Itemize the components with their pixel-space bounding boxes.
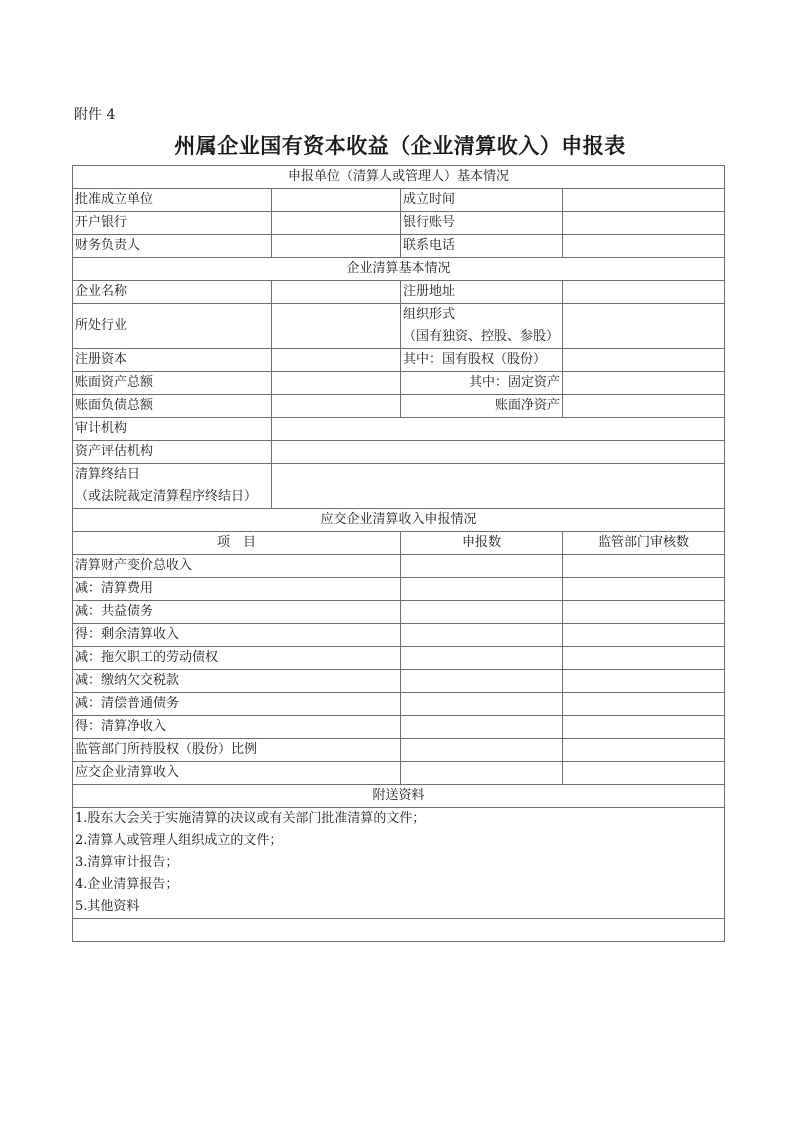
table-row: 监管部门所持股权（股份）比例 bbox=[73, 739, 725, 762]
field-label: 开户银行 bbox=[73, 212, 272, 235]
state-equity-field[interactable] bbox=[563, 349, 725, 372]
item-label: 应交企业清算收入 bbox=[73, 762, 401, 785]
table-row: 减：拖欠职工的劳动债权 bbox=[73, 647, 725, 670]
field-label: 银行账号 bbox=[401, 212, 563, 235]
list-item: 4.企业清算报告； bbox=[75, 874, 722, 896]
section-header-applicant: 申报单位（清算人或管理人）基本情况 bbox=[73, 166, 725, 189]
audit-firm-field[interactable] bbox=[272, 418, 725, 441]
item-label: 减：清偿普通债务 bbox=[73, 693, 401, 716]
form-title: 州属企业国有资本收益（企业清算收入）申报表 bbox=[0, 130, 800, 160]
establishment-date-field[interactable] bbox=[563, 189, 725, 212]
field-label-org-form: 组织形式 （国有独资、控股、参股） bbox=[401, 304, 563, 349]
table-row: 得：清算净收入 bbox=[73, 716, 725, 739]
declared-amount-field[interactable] bbox=[401, 578, 563, 601]
declared-amount-field[interactable] bbox=[401, 739, 563, 762]
bank-field[interactable] bbox=[272, 212, 401, 235]
field-label-liquidation-end: 清算终结日 （或法院裁定清算程序终结日） bbox=[73, 464, 272, 509]
declared-amount-field[interactable] bbox=[401, 601, 563, 624]
phone-field[interactable] bbox=[563, 235, 725, 258]
registered-capital-field[interactable] bbox=[272, 349, 401, 372]
field-label: 联系电话 bbox=[401, 235, 563, 258]
item-label: 得：清算净收入 bbox=[73, 716, 401, 739]
field-label: 账面净资产 bbox=[401, 395, 563, 418]
field-label: 注册地址 bbox=[401, 281, 563, 304]
field-label: 注册资本 bbox=[73, 349, 272, 372]
field-label: 企业名称 bbox=[73, 281, 272, 304]
section-header-enterprise: 企业清算基本情况 bbox=[73, 258, 725, 281]
bank-account-field[interactable] bbox=[563, 212, 725, 235]
item-label: 减：清算费用 bbox=[73, 578, 401, 601]
field-label-sub: （或法院裁定清算程序终结日） bbox=[75, 486, 269, 508]
section-header-attachments: 附送资料 bbox=[73, 785, 725, 808]
list-item: 1.股东大会关于实施清算的决议或有关部门批准清算的文件； bbox=[75, 808, 722, 830]
form-row: 批准成立单位 成立时间 bbox=[73, 189, 725, 212]
field-label: 财务负责人 bbox=[73, 235, 272, 258]
declared-amount-field[interactable] bbox=[401, 762, 563, 785]
audited-amount-field[interactable] bbox=[563, 739, 725, 762]
list-item: 5.其他资料 bbox=[75, 896, 722, 918]
item-label: 减：拖欠职工的劳动债权 bbox=[73, 647, 401, 670]
form-row: 财务负责人 联系电话 bbox=[73, 235, 725, 258]
form-row: 注册资本 其中：国有股权（股份） bbox=[73, 349, 725, 372]
column-header-audited: 监管部门审核数 bbox=[563, 532, 725, 555]
form-row: 审计机构 bbox=[73, 418, 725, 441]
audited-amount-field[interactable] bbox=[563, 670, 725, 693]
table-row: 减：清算费用 bbox=[73, 578, 725, 601]
field-label: 所处行业 bbox=[73, 304, 272, 349]
field-label: 账面资产总额 bbox=[73, 372, 272, 395]
item-label: 清算财产变价总收入 bbox=[73, 555, 401, 578]
form-row: 企业名称 注册地址 bbox=[73, 281, 725, 304]
registered-address-field[interactable] bbox=[563, 281, 725, 304]
column-header-item: 项 目 bbox=[73, 532, 401, 555]
declared-amount-field[interactable] bbox=[401, 670, 563, 693]
section-header-income: 应交企业清算收入申报情况 bbox=[73, 509, 725, 532]
list-item: 2.清算人或管理人组织成立的文件； bbox=[75, 830, 722, 852]
form-row: 开户银行 银行账号 bbox=[73, 212, 725, 235]
declared-amount-field[interactable] bbox=[401, 693, 563, 716]
table-row: 减：共益债务 bbox=[73, 601, 725, 624]
field-label-sub: （国有独资、控股、参股） bbox=[403, 326, 560, 348]
fixed-assets-field[interactable] bbox=[563, 372, 725, 395]
column-header-declared: 申报数 bbox=[401, 532, 563, 555]
table-row: 减：缴纳欠交税款 bbox=[73, 670, 725, 693]
field-label: 其中：固定资产 bbox=[401, 372, 563, 395]
item-label: 得：剩余清算收入 bbox=[73, 624, 401, 647]
form-row: 资产评估机构 bbox=[73, 441, 725, 464]
item-label: 减：缴纳欠交税款 bbox=[73, 670, 401, 693]
form-row: 所处行业 组织形式 （国有独资、控股、参股） bbox=[73, 304, 725, 349]
audited-amount-field[interactable] bbox=[563, 555, 725, 578]
field-label: 组织形式 bbox=[403, 304, 560, 326]
field-label: 资产评估机构 bbox=[73, 441, 272, 464]
enterprise-name-field[interactable] bbox=[272, 281, 401, 304]
total-liabilities-field[interactable] bbox=[272, 395, 401, 418]
form-row: 账面负债总额 账面净资产 bbox=[73, 395, 725, 418]
table-row: 减：清偿普通债务 bbox=[73, 693, 725, 716]
declared-amount-field[interactable] bbox=[401, 716, 563, 739]
liquidation-end-date-field[interactable] bbox=[272, 464, 725, 509]
approving-unit-field[interactable] bbox=[272, 189, 401, 212]
organization-form-field[interactable] bbox=[563, 304, 725, 349]
audited-amount-field[interactable] bbox=[563, 716, 725, 739]
net-assets-field[interactable] bbox=[563, 395, 725, 418]
attachment-label: 附件 4 bbox=[74, 104, 115, 124]
audited-amount-field[interactable] bbox=[563, 762, 725, 785]
audited-amount-field[interactable] bbox=[563, 647, 725, 670]
field-label: 审计机构 bbox=[73, 418, 272, 441]
field-label: 批准成立单位 bbox=[73, 189, 272, 212]
table-row: 得：剩余清算收入 bbox=[73, 624, 725, 647]
industry-field[interactable] bbox=[272, 304, 401, 349]
field-label: 账面负债总额 bbox=[73, 395, 272, 418]
representative-signature-label: 清算人或管理人代表（签章）: bbox=[75, 941, 248, 942]
income-column-headers: 项 目 申报数 监管部门审核数 bbox=[73, 532, 725, 555]
appraisal-firm-field[interactable] bbox=[272, 441, 725, 464]
item-label: 减：共益债务 bbox=[73, 601, 401, 624]
declaration-form-table: 申报单位（清算人或管理人）基本情况 批准成立单位 成立时间 开户银行 银行账号 … bbox=[72, 165, 725, 942]
form-row: 账面资产总额 其中：固定资产 bbox=[73, 372, 725, 395]
finance-officer-field[interactable] bbox=[272, 235, 401, 258]
field-label: 其中：国有股权（股份） bbox=[401, 349, 563, 372]
table-row: 应交企业清算收入 bbox=[73, 762, 725, 785]
field-label: 清算终结日 bbox=[75, 464, 269, 486]
declared-amount-field[interactable] bbox=[401, 555, 563, 578]
audited-amount-field[interactable] bbox=[563, 693, 725, 716]
field-label: 成立时间 bbox=[401, 189, 563, 212]
item-label: 监管部门所持股权（股份）比例 bbox=[73, 739, 401, 762]
table-row: 清算财产变价总收入 bbox=[73, 555, 725, 578]
attachments-list: 1.股东大会关于实施清算的决议或有关部门批准清算的文件； 2.清算人或管理人组织… bbox=[73, 808, 725, 919]
form-row: 清算终结日 （或法院裁定清算程序终结日） bbox=[73, 464, 725, 509]
declared-amount-field[interactable] bbox=[401, 624, 563, 647]
audited-amount-field[interactable] bbox=[563, 624, 725, 647]
audited-amount-field[interactable] bbox=[563, 601, 725, 624]
total-assets-field[interactable] bbox=[272, 372, 401, 395]
declared-amount-field[interactable] bbox=[401, 647, 563, 670]
list-item: 3.清算审计报告； bbox=[75, 852, 722, 874]
audited-amount-field[interactable] bbox=[563, 578, 725, 601]
signature-area[interactable]: 清算人或管理人代表（签章）: （代公章） 监管部门（章）: bbox=[73, 919, 725, 942]
